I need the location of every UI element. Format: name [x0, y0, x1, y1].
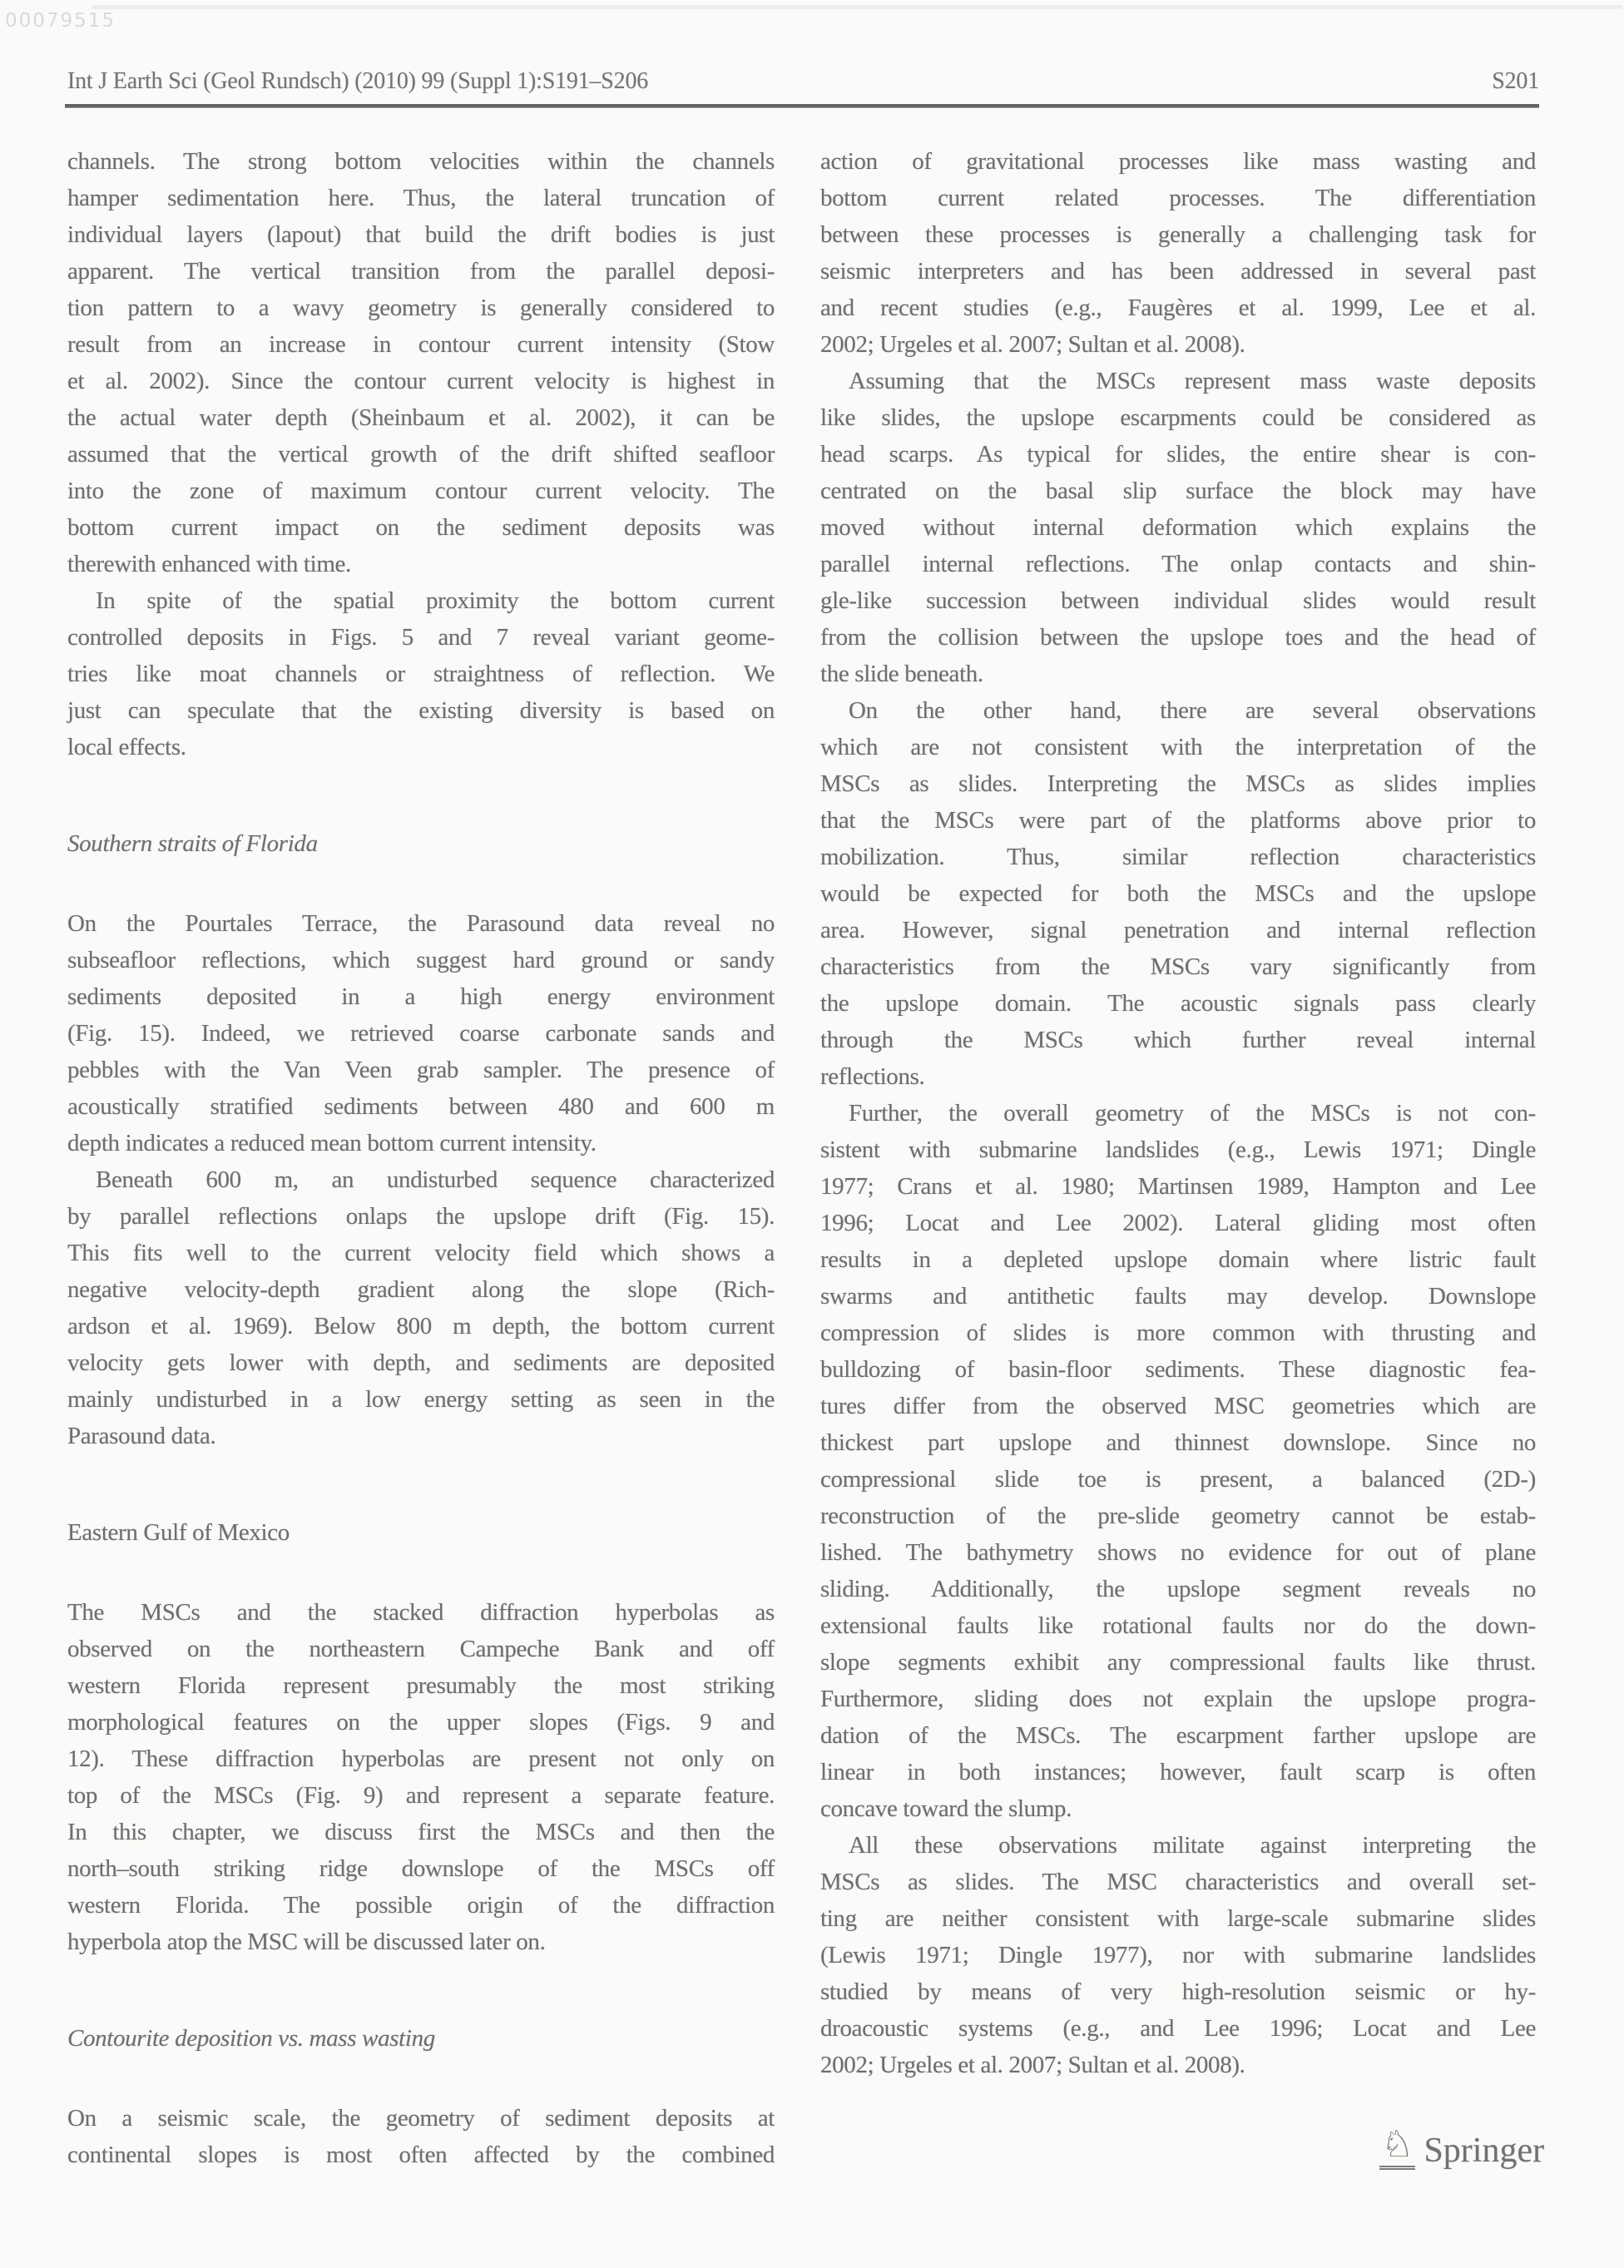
text-line: velocity gets lower with depth, and sedi… [67, 1344, 775, 1381]
text-line: assumed that the vertical growth of the … [67, 436, 775, 473]
text-line: hamper sedimentation here. Thus, the lat… [67, 180, 775, 216]
text-line: therewith enhanced with time. [67, 546, 775, 582]
text-line: moved without internal deformation which… [820, 509, 1536, 546]
publisher-name: Springer [1423, 2132, 1544, 2170]
text-line: droacoustic systems (e.g., and Lee 1996;… [820, 2010, 1536, 2047]
text-line: and recent studies (e.g., Faugères et al… [820, 290, 1536, 326]
section-heading: Eastern Gulf of Mexico [67, 1514, 775, 1551]
text-line: gle-like succession between individual s… [820, 582, 1536, 619]
text-line: On a seismic scale, the geometry of sedi… [67, 2100, 775, 2137]
text-line: slope segments exhibit any compressional… [820, 1644, 1536, 1681]
text-line: bottom current impact on the sediment de… [67, 509, 775, 546]
scanned-journal-page: { "page": { "scan_artifact_number": "000… [0, 0, 1624, 2268]
text-line: sliding. Additionally, the upslope segme… [820, 1571, 1536, 1607]
text-line: Parasound data. [67, 1418, 775, 1454]
text-line: bottom current related processes. The di… [820, 180, 1536, 216]
text-line: (Lewis 1971; Dingle 1977), nor with subm… [820, 1937, 1536, 1973]
text-line: seismic interpreters and has been addres… [820, 253, 1536, 290]
text-line: parallel internal reflections. The onlap… [820, 546, 1536, 582]
text-line: sistent with submarine landslides (e.g.,… [820, 1132, 1536, 1168]
text-line: studied by means of very high-resolution… [820, 1973, 1536, 2010]
text-line: linear in both instances; however, fault… [820, 1754, 1536, 1790]
text-line: characteristics from the MSCs vary signi… [820, 948, 1536, 985]
scan-artifact-number: 00079515 [5, 10, 116, 32]
text-line: into the zone of maximum contour current… [67, 473, 775, 509]
paragraph: Further, the overall geometry of the MSC… [820, 1095, 1536, 1827]
text-line: would be expected for both the MSCs and … [820, 875, 1536, 912]
text-line: the actual water depth (Sheinbaum et al.… [67, 399, 775, 436]
text-line: On the Pourtales Terrace, the Parasound … [67, 905, 775, 942]
text-line: extensional faults like rotational fault… [820, 1607, 1536, 1644]
paragraph: On the Pourtales Terrace, the Parasound … [67, 905, 775, 1161]
page-number: S201 [1492, 68, 1539, 95]
section-heading: Contourite deposition vs. mass wasting [67, 2020, 775, 2057]
text-line: 1977; Crans et al. 1980; Martinsen 1989,… [820, 1168, 1536, 1205]
text-line: pebbles with the Van Veen grab sampler. … [67, 1052, 775, 1088]
paragraph: On the other hand, there are several obs… [820, 692, 1536, 1095]
text-line: channels. The strong bottom velocities w… [67, 143, 775, 180]
paragraph: channels. The strong bottom velocities w… [67, 143, 775, 582]
text-line: ardson et al. 1969). Below 800 m depth, … [67, 1308, 775, 1344]
text-line: ting are neither consistent with large-s… [820, 1900, 1536, 1937]
paragraph: In spite of the spatial proximity the bo… [67, 582, 775, 765]
text-line: head scarps. As typical for slides, the … [820, 436, 1536, 473]
text-line: Further, the overall geometry of the MSC… [820, 1095, 1536, 1132]
text-line: results in a depleted upslope domain whe… [820, 1241, 1536, 1278]
right-column: action of gravitational processes like m… [820, 143, 1536, 2083]
text-line: individual layers (lapout) that build th… [67, 216, 775, 253]
text-line: All these observations militate against … [820, 1827, 1536, 1864]
section-heading: Southern straits of Florida [67, 825, 775, 862]
text-line: just can speculate that the existing div… [67, 692, 775, 729]
paragraph: Beneath 600 m, an undisturbed sequence c… [67, 1161, 775, 1454]
text-line: tures differ from the observed MSC geome… [820, 1388, 1536, 1424]
text-line: action of gravitational processes like m… [820, 143, 1536, 180]
text-line: the slide beneath. [820, 656, 1536, 692]
text-line: mainly undisturbed in a low energy setti… [67, 1381, 775, 1418]
text-line: reflections. [820, 1058, 1536, 1095]
text-line: Assuming that the MSCs represent mass wa… [820, 363, 1536, 399]
text-line: et al. 2002). Since the contour current … [67, 363, 775, 399]
paragraph: action of gravitational processes like m… [820, 143, 1536, 363]
text-line: Furthermore, sliding does not explain th… [820, 1681, 1536, 1717]
text-line: acoustically stratified sediments betwee… [67, 1088, 775, 1125]
text-line: tion pattern to a wavy geometry is gener… [67, 290, 775, 326]
text-line: morphological features on the upper slop… [67, 1704, 775, 1741]
text-line: compression of slides is more common wit… [820, 1315, 1536, 1351]
text-line: the upslope domain. The acoustic signals… [820, 985, 1536, 1022]
text-line: reconstruction of the pre-slide geometry… [820, 1498, 1536, 1534]
text-line: between these processes is generally a c… [820, 216, 1536, 253]
text-line: 2002; Urgeles et al. 2007; Sultan et al.… [820, 326, 1536, 363]
text-line: 1996; Locat and Lee 2002). Lateral glidi… [820, 1205, 1536, 1241]
text-line: result from an increase in contour curre… [67, 326, 775, 363]
text-line: concave toward the slump. [820, 1790, 1536, 1827]
paragraph: Assuming that the MSCs represent mass wa… [820, 363, 1536, 692]
paragraph: All these observations militate against … [820, 1827, 1536, 2083]
text-line: In spite of the spatial proximity the bo… [67, 582, 775, 619]
text-line: through the MSCs which further reveal in… [820, 1022, 1536, 1058]
text-line: sediments deposited in a high energy env… [67, 978, 775, 1015]
text-line: 2002; Urgeles et al. 2007; Sultan et al.… [820, 2047, 1536, 2083]
text-line: north–south striking ridge downslope of … [67, 1850, 775, 1887]
text-line: This fits well to the current velocity f… [67, 1235, 775, 1271]
header-rule [65, 104, 1539, 108]
text-line: dation of the MSCs. The escarpment farth… [820, 1717, 1536, 1754]
text-line: observed on the northeastern Campeche Ba… [67, 1631, 775, 1667]
text-line: by parallel reflections onlaps the upslo… [67, 1198, 775, 1235]
text-line: MSCs as slides. The MSC characteristics … [820, 1864, 1536, 1900]
text-line: centrated on the basal slip surface the … [820, 473, 1536, 509]
text-line: that the MSCs were part of the platforms… [820, 802, 1536, 839]
text-line: controlled deposits in Figs. 5 and 7 rev… [67, 619, 775, 656]
text-line: swarms and antithetic faults may develop… [820, 1278, 1536, 1315]
paragraph: On a seismic scale, the geometry of sedi… [67, 2100, 775, 2173]
text-line: from the collision between the upslope t… [820, 619, 1536, 656]
text-line: MSCs as slides. Interpreting the MSCs as… [820, 765, 1536, 802]
text-line: In this chapter, we discuss first the MS… [67, 1814, 775, 1850]
text-line: thickest part upslope and thinnest downs… [820, 1424, 1536, 1461]
text-line: hyperbola atop the MSC will be discussed… [67, 1924, 775, 1960]
text-line: compressional slide toe is present, a ba… [820, 1461, 1536, 1498]
text-line: area. However, signal penetration and in… [820, 912, 1536, 948]
text-line: On the other hand, there are several obs… [820, 692, 1536, 729]
text-line: subseafloor reflections, which suggest h… [67, 942, 775, 978]
text-line: continental slopes is most often affecte… [67, 2137, 775, 2173]
text-line: like slides, the upslope escarpments cou… [820, 399, 1536, 436]
publisher-footer: ♘ Springer [1379, 2127, 1544, 2170]
text-line: mobilization. Thus, similar reflection c… [820, 839, 1536, 875]
text-line: lished. The bathymetry shows no evidence… [820, 1534, 1536, 1571]
text-line: top of the MSCs (Fig. 9) and represent a… [67, 1777, 775, 1814]
running-header: Int J Earth Sci (Geol Rundsch) (2010) 99… [67, 68, 1539, 95]
text-line: bulldozing of basin-floor sediments. The… [820, 1351, 1536, 1388]
text-line: apparent. The vertical transition from t… [67, 253, 775, 290]
left-column: channels. The strong bottom velocities w… [67, 143, 775, 2173]
paragraph: The MSCs and the stacked diffraction hyp… [67, 1594, 775, 1960]
scan-streak-artifact [92, 5, 1622, 9]
text-line: negative velocity-depth gradient along t… [67, 1271, 775, 1308]
text-line: western Florida. The possible origin of … [67, 1887, 775, 1924]
journal-reference: Int J Earth Sci (Geol Rundsch) (2010) 99… [67, 68, 648, 95]
text-line: western Florida represent presumably the… [67, 1667, 775, 1704]
text-line: The MSCs and the stacked diffraction hyp… [67, 1594, 775, 1631]
text-line: (Fig. 15). Indeed, we retrieved coarse c… [67, 1015, 775, 1052]
text-line: which are not consistent with the interp… [820, 729, 1536, 765]
text-line: local effects. [67, 729, 775, 765]
springer-knight-icon: ♘ [1379, 2127, 1415, 2170]
text-line: tries like moat channels or straightness… [67, 656, 775, 692]
text-line: 12). These diffraction hyperbolas are pr… [67, 1741, 775, 1777]
text-line: Beneath 600 m, an undisturbed sequence c… [67, 1161, 775, 1198]
text-line: depth indicates a reduced mean bottom cu… [67, 1125, 775, 1161]
